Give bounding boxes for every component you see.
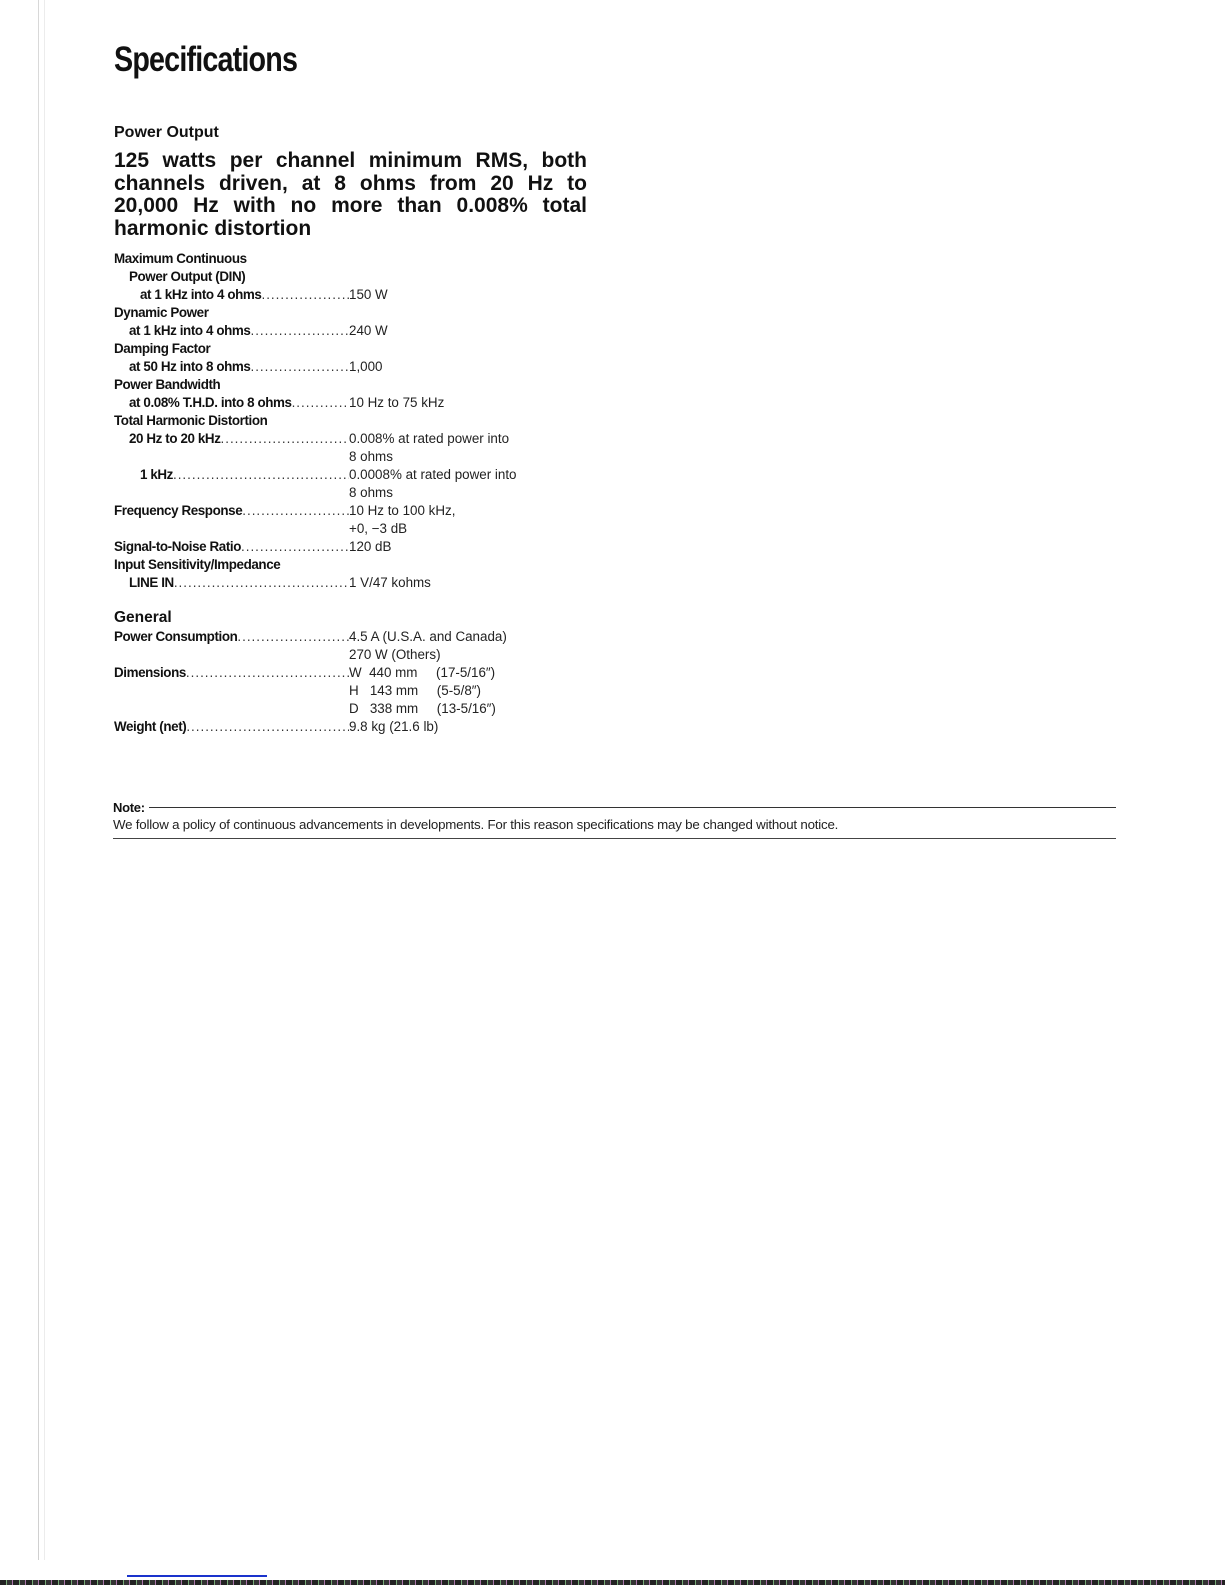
spec-heading: Total Harmonic Distortion [114,412,614,430]
spec-value: 10 Hz to 100 kHz, [349,502,455,520]
spec-row: Dimensions W 440 mm (17-5/16″) [114,664,614,682]
divider [149,807,1116,808]
note-text: We follow a policy of continuous advance… [113,817,1116,832]
scan-artifact-strip [0,1580,1225,1585]
leader-dots [292,394,349,412]
spec-list: Maximum Continuous Power Output (DIN) at… [114,250,614,736]
power-output-statement: 125 watts per channel minimum RMS, both … [114,150,587,240]
spec-row: at 1 kHz into 4 ohms 150 W [114,286,614,304]
leader-dots [186,718,349,736]
spec-row: Signal-to-Noise Ratio 120 dB [114,538,614,556]
spec-label: 20 Hz to 20 kHz [114,430,221,448]
spec-label: Signal-to-Noise Ratio [114,538,241,556]
spec-heading: Maximum Continuous [114,250,614,268]
leader-dots [221,430,350,448]
spec-subheading: Power Output (DIN) [114,268,614,286]
spec-value: 120 dB [349,538,391,556]
spec-label: at 50 Hz into 8 ohms [114,358,250,376]
spec-label: Weight (net) [114,718,186,736]
leader-dots [237,628,349,646]
section-heading-general: General [114,608,614,628]
spec-heading: Dynamic Power [114,304,614,322]
spec-label: Frequency Response [114,502,242,520]
spec-row: at 50 Hz into 8 ohms 1,000 [114,358,614,376]
spec-value: W 440 mm (17-5/16″) [349,664,495,682]
spec-value: 150 W [349,286,388,304]
leader-dots [241,538,349,556]
spec-row: Power Consumption 4.5 A (U.S.A. and Cana… [114,628,614,646]
spec-value-continued: 8 ohms [114,448,614,466]
note-block: Note: We follow a policy of continuous a… [113,800,1116,839]
spec-label: Dimensions [114,664,186,682]
spec-value: 0.0008% at rated power into [349,466,517,484]
spec-row: Frequency Response 10 Hz to 100 kHz, [114,502,614,520]
leader-dots [242,502,349,520]
leader-dots [250,322,349,340]
spec-value-continued: H 143 mm (5-5/8″) [114,682,614,700]
spec-value-continued: 270 W (Others) [114,646,614,664]
spec-value-continued: 8 ohms [114,484,614,502]
spec-label: at 1 kHz into 4 ohms [114,286,261,304]
spec-row: at 1 kHz into 4 ohms 240 W [114,322,614,340]
note-label: Note: [113,800,145,815]
scan-artifact-line [127,1575,267,1577]
spec-value-continued: +0, −3 dB [114,520,614,538]
scan-edge [44,0,45,1560]
divider [113,838,1116,839]
spec-label: LINE IN [114,574,174,592]
spec-label: at 1 kHz into 4 ohms [114,322,250,340]
spec-row: 1 kHz 0.0008% at rated power into [114,466,614,484]
spec-row: 20 Hz to 20 kHz 0.008% at rated power in… [114,430,614,448]
spec-value: 4.5 A (U.S.A. and Canada) [349,628,507,646]
spec-label: at 0.08% T.H.D. into 8 ohms [114,394,292,412]
power-output-heading: Power Output [114,124,219,142]
spec-label: Power Consumption [114,628,237,646]
spec-value: 10 Hz to 75 kHz [349,394,444,412]
spec-value: 1 V/47 kohms [349,574,431,592]
spec-heading: Power Bandwidth [114,376,614,394]
scan-edge [38,0,39,1560]
page-title: Specifications [114,40,297,80]
spec-value: 1,000 [349,358,383,376]
leader-dots [174,574,349,592]
spec-row: LINE IN 1 V/47 kohms [114,574,614,592]
spec-value-continued: D 338 mm (13-5/16″) [114,700,614,718]
leader-dots [250,358,349,376]
spec-value: 240 W [349,322,388,340]
spec-value: 0.008% at rated power into [349,430,509,448]
spec-row: Weight (net) 9.8 kg (21.6 lb) [114,718,614,736]
spec-heading: Damping Factor [114,340,614,358]
spec-heading: Input Sensitivity/Impedance [114,556,614,574]
spec-label: 1 kHz [114,466,173,484]
leader-dots [261,286,349,304]
spec-value: 9.8 kg (21.6 lb) [349,718,438,736]
leader-dots [186,664,349,682]
spec-row: at 0.08% T.H.D. into 8 ohms 10 Hz to 75 … [114,394,614,412]
leader-dots [173,466,349,484]
